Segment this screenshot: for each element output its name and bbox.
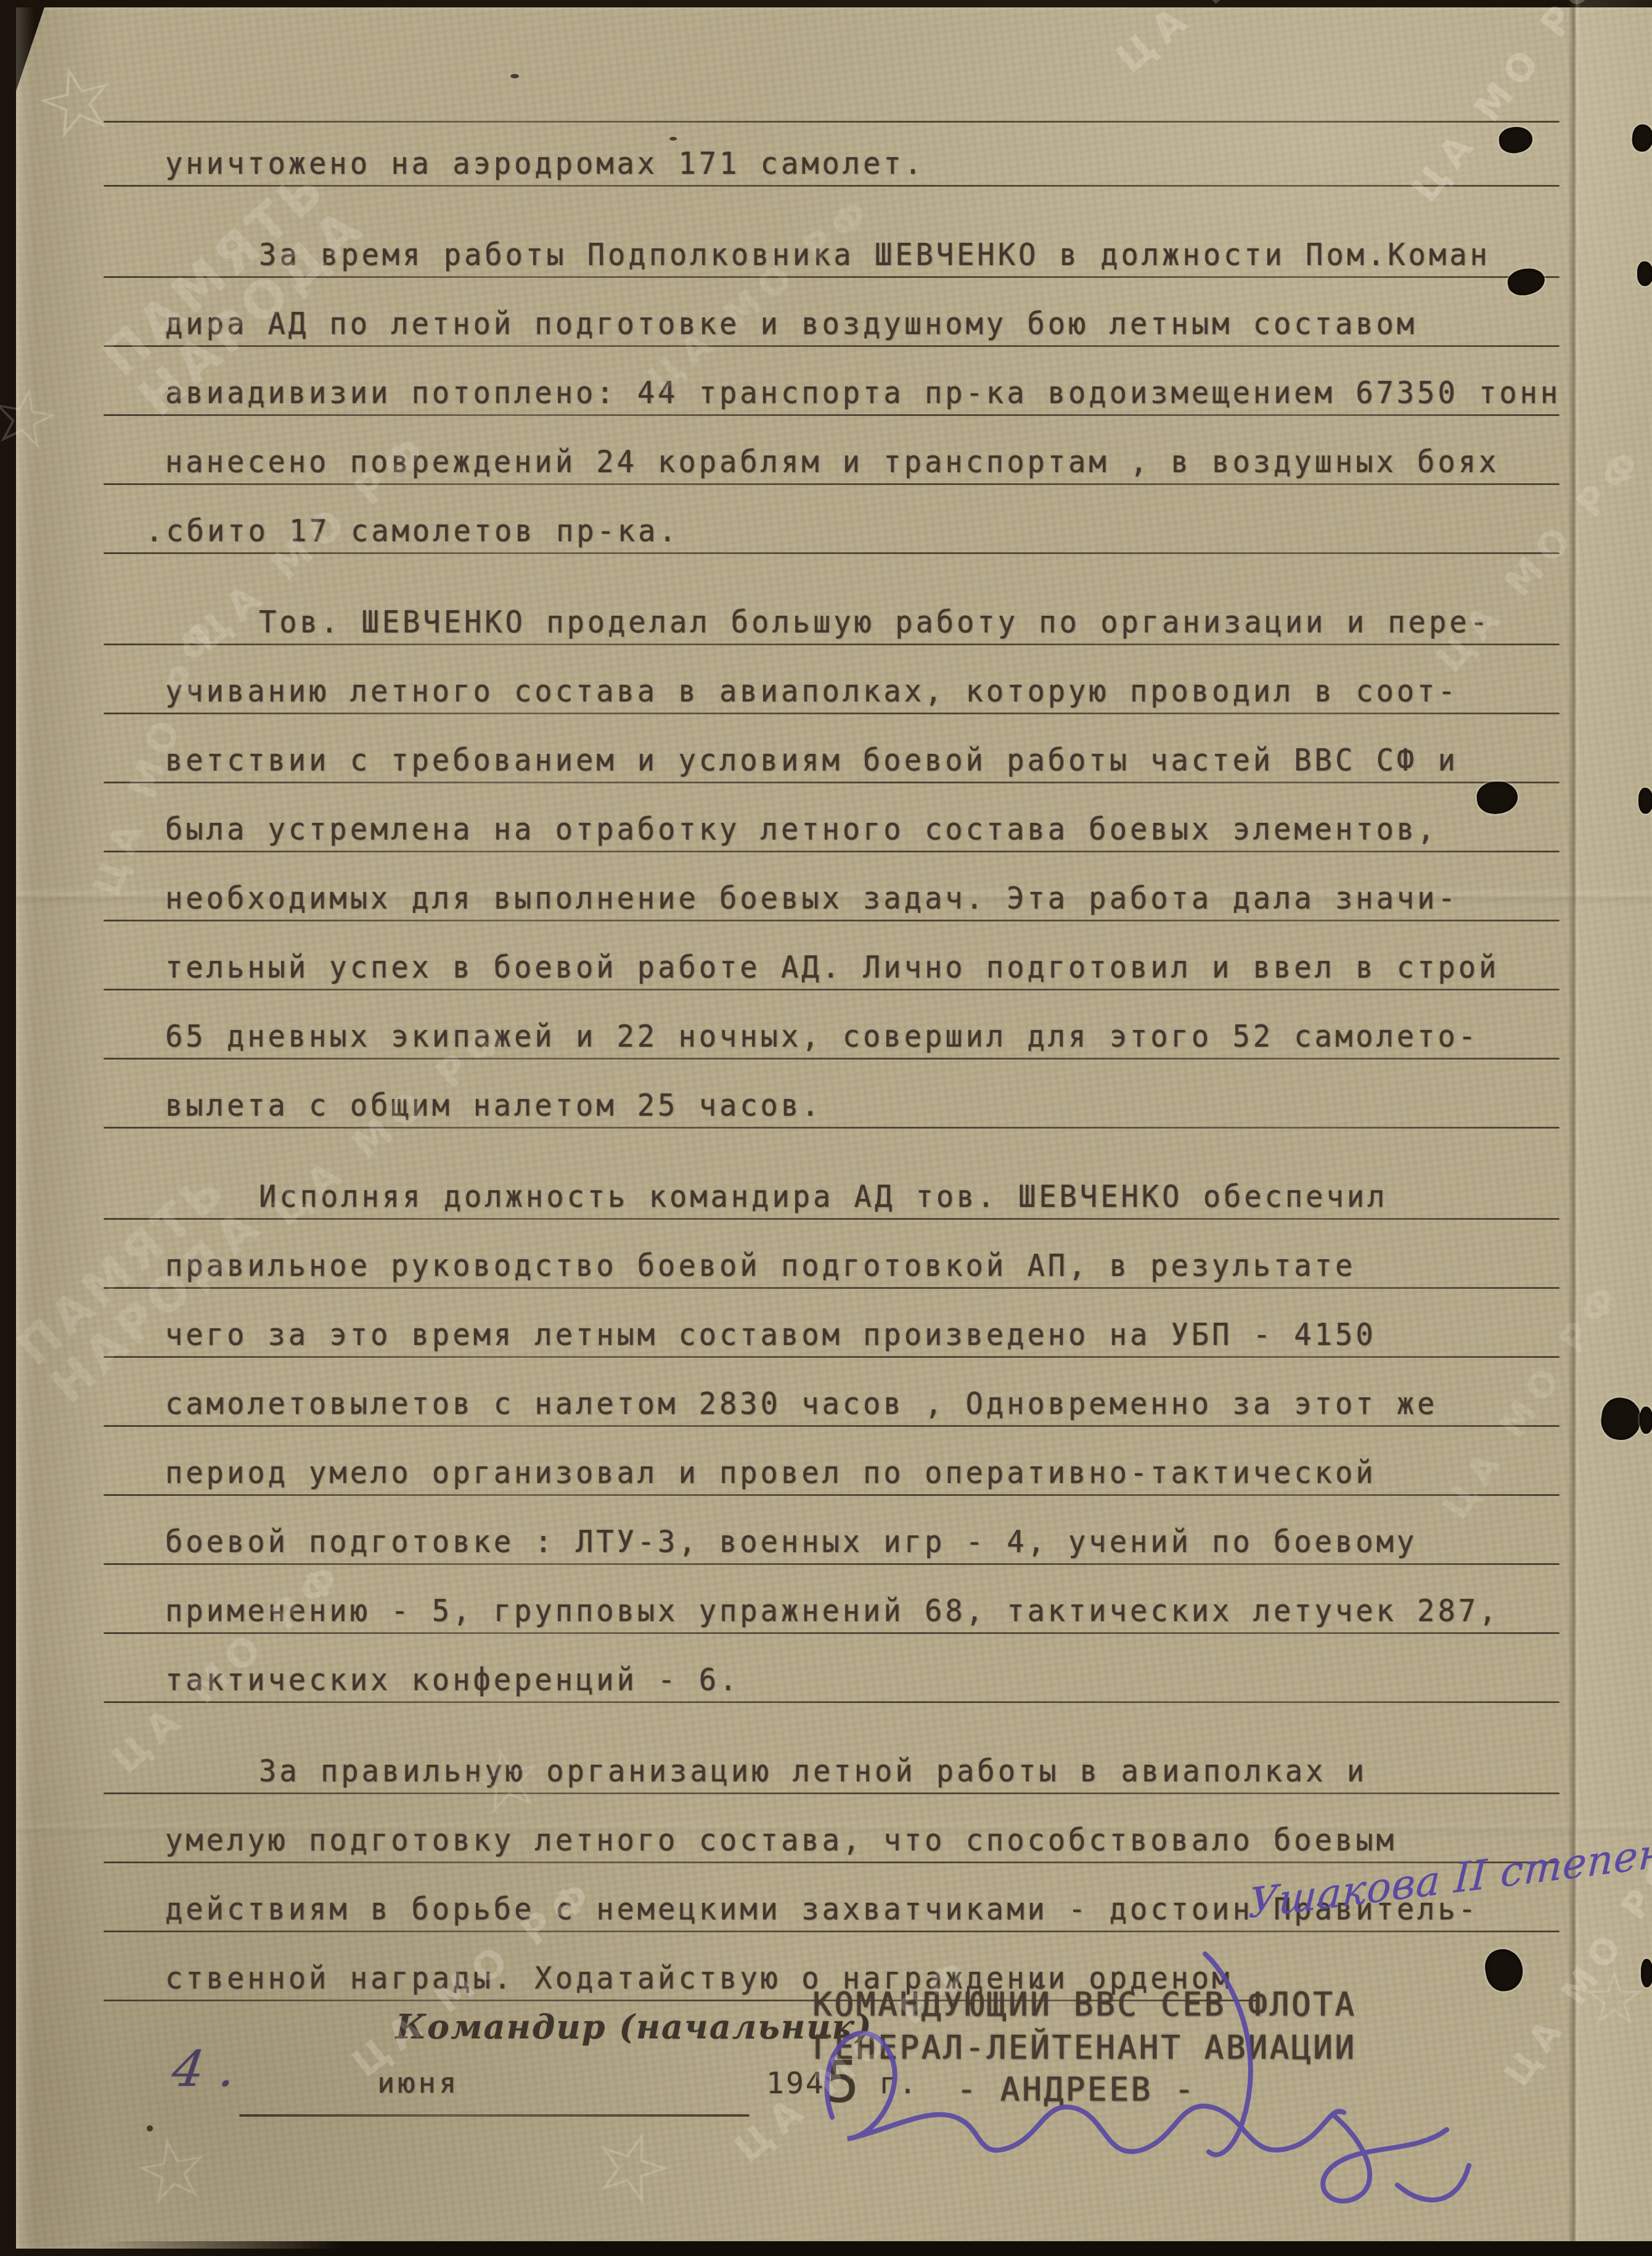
ruled-line [104, 1563, 1560, 1565]
document-line: авиадивизии потоплено: 44 транспорта пр-… [165, 375, 1561, 411]
ruled-line [104, 1494, 1560, 1496]
ruled-line [104, 989, 1560, 991]
document-line: необходимых для выполнение боевых задач.… [165, 881, 1458, 917]
ruled-line [104, 1701, 1560, 1703]
ruled-line [104, 713, 1560, 714]
document-line: чего за это время летным составом произв… [165, 1317, 1376, 1353]
document-line: нанесено повреждений 24 кораблям и транс… [165, 444, 1499, 480]
document-line: тактических конференций - 6. [165, 1662, 740, 1698]
punch-hole [1637, 261, 1652, 286]
document-line: была устремлена на отработку летного сос… [165, 812, 1437, 848]
document-line: правильное руководство боевой подготовко… [165, 1248, 1356, 1284]
document-line: За правильную организацию летной работы … [259, 1754, 1367, 1789]
bottom-scan-edge [92, 2241, 1652, 2256]
ruled-line [104, 483, 1560, 485]
document-line: Исполняя должность командира АД тов. ШЕВ… [259, 1179, 1388, 1215]
ruled-line [104, 1218, 1560, 1220]
ruled-line [104, 276, 1560, 278]
document-line: период умело организовал и провел по опе… [165, 1455, 1376, 1491]
ruled-line [104, 1632, 1560, 1634]
signature-ink [774, 1920, 1482, 2216]
document-line: вылета с общим налетом 25 часов. [165, 1088, 822, 1124]
document-line: применению - 5, групповых упражнений 68,… [165, 1593, 1499, 1629]
ruled-line [104, 345, 1560, 347]
ruled-line [104, 1127, 1560, 1129]
ink-speck [669, 137, 677, 141]
document-line: дира АД по летной подготовке и воздушном… [165, 306, 1417, 342]
document-line: ветствии с требованием и условиям боевой… [165, 743, 1458, 779]
ruled-line [104, 782, 1560, 783]
punch-hole [1641, 1959, 1652, 1987]
document-line: .сбито 17 самолетов пр-ка. [145, 513, 679, 549]
document-line: учиванию летного состава в авиаполках, к… [165, 674, 1458, 709]
date-month: июня [377, 2066, 459, 2100]
ruled-line [104, 1356, 1560, 1358]
ruled-line [104, 920, 1560, 922]
punch-hole [1640, 1407, 1652, 1434]
handwritten-day: 4 . [168, 2040, 239, 2098]
document-line: уничтожено на аэродромах 171 самолет. [165, 146, 925, 182]
document-line: За время работы Подполковника ШЕВЧЕНКО в… [259, 237, 1490, 273]
ruled-line [104, 644, 1560, 645]
document-line: самолетовылетов с налетом 2830 часов , О… [165, 1386, 1437, 1422]
ink-speck [510, 74, 519, 78]
document-line: умелую подготовку летного состава, что с… [165, 1823, 1397, 1858]
ruled-line [104, 851, 1560, 852]
document-line: Тов. ШЕВЧЕНКО проделал большую работу по… [259, 605, 1490, 640]
ruled-line [104, 1862, 1560, 1863]
punch-hole [1638, 788, 1652, 814]
ruled-line [104, 1792, 1560, 1794]
ruled-line [104, 552, 1560, 554]
date-underline [239, 2114, 750, 2117]
ruled-line [104, 121, 1560, 123]
document-line: тельный успех в боевой работе АД. Лично … [165, 950, 1499, 986]
ruled-line [104, 1058, 1560, 1060]
ruled-line [104, 185, 1560, 187]
document-line: боевой подготовке : ЛТУ-3, военных игр -… [165, 1524, 1417, 1560]
document-line: 65 дневных экипажей и 22 ночных, соверши… [165, 1019, 1479, 1055]
ruled-line [104, 1425, 1560, 1427]
page-edge-strip [1576, 0, 1652, 2256]
ruled-line [104, 1287, 1560, 1289]
ink-speck [147, 2125, 153, 2131]
ruled-line [104, 414, 1560, 416]
scanned-award-document-page: уничтожено на аэродромах 171 самолет.За … [0, 0, 1652, 2256]
